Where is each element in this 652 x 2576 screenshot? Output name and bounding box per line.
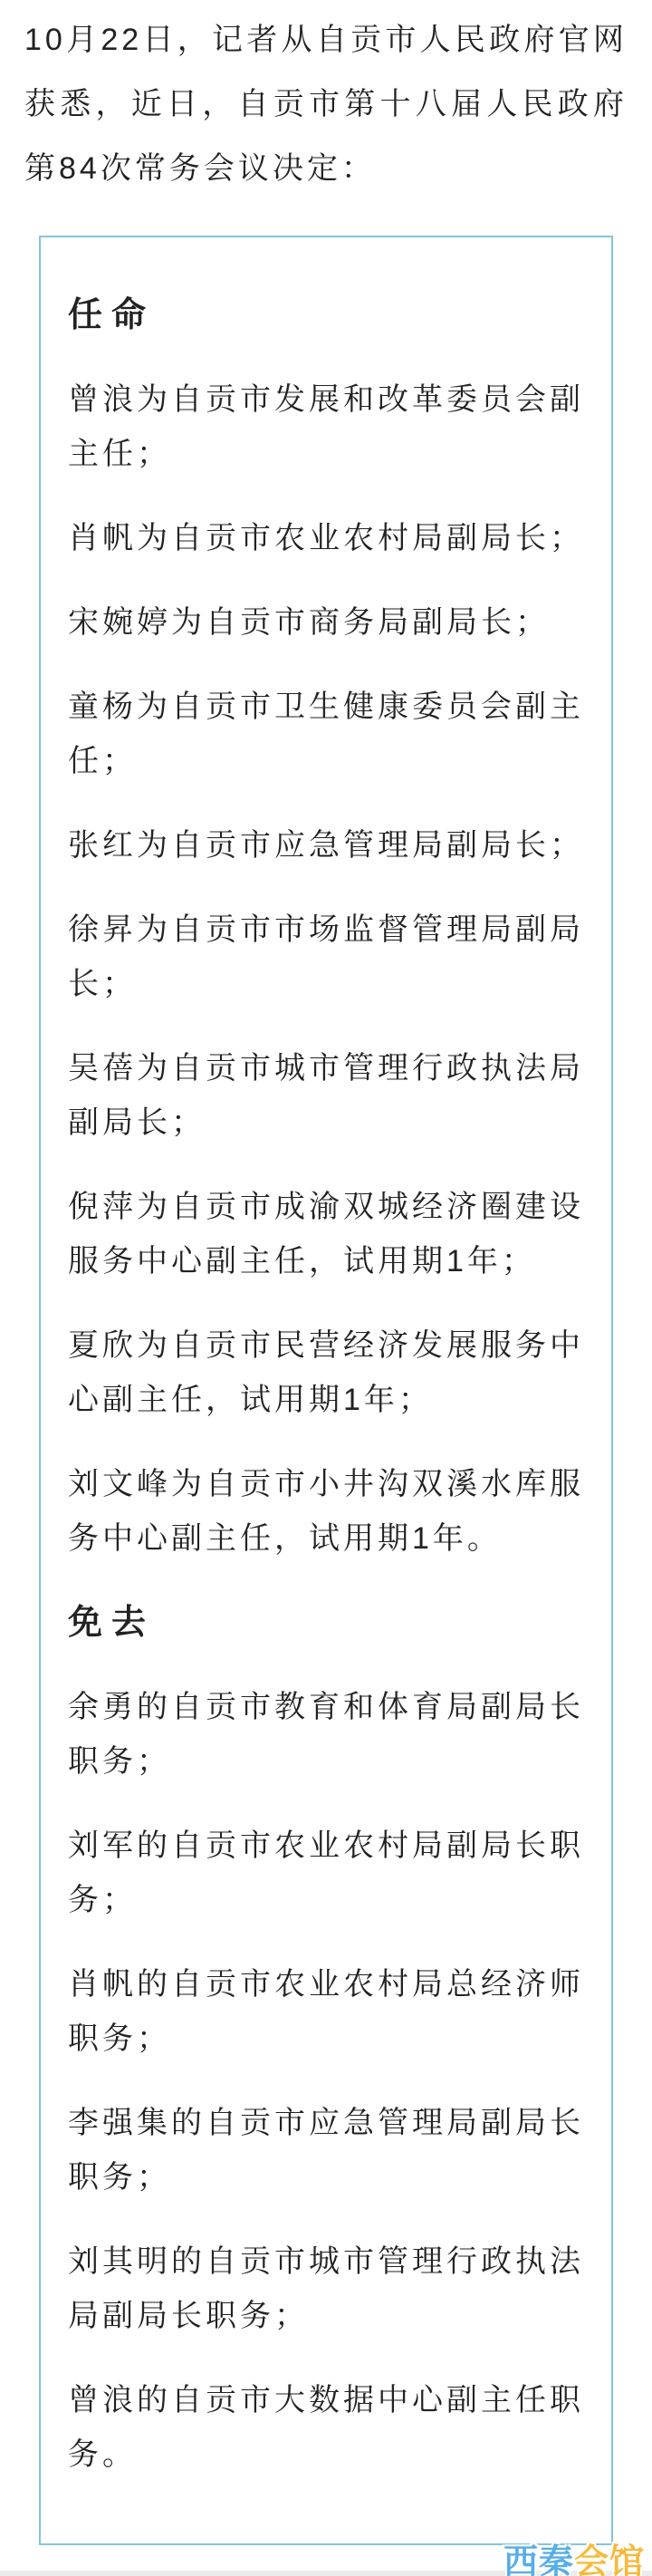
appointment-item: 曾浪为自贡市发展和改革委员会副主任； [68,372,584,481]
dismissal-item: 刘军的自贡市农业农村局副局长职务； [68,1819,584,1927]
appointment-item: 刘文峰为自贡市小井沟双溪水库服务中心副主任，试用期1年。 [68,1457,584,1566]
dismissal-item: 余勇的自贡市教育和体育局副局长职务； [68,1680,584,1789]
dismissal-item: 曾浪的自贡市大数据中心副主任职务。 [68,2373,584,2482]
appointment-item: 肖帆为自贡市农业农村局副局长； [68,511,584,565]
appointment-item: 童杨为自贡市卫生健康委员会副主任； [68,680,584,788]
appointment-item: 倪萍为自贡市成渝双城经济圈建设服务中心副主任，试用期1年； [68,1180,584,1288]
site-watermark: 西秦会馆 [503,2533,645,2576]
appointment-item: 张红为自贡市应急管理局副局长； [68,818,584,873]
appointment-item: 宋婉婷为自贡市商务局副局长； [68,595,584,650]
dismissal-item: 李强集的自贡市应急管理局副局长职务； [68,2096,584,2205]
appointment-item: 吴蓓为自贡市城市管理行政执法局副局长； [68,1041,584,1150]
notice-box: 任命 曾浪为自贡市发展和改革委员会副主任； 肖帆为自贡市农业农村局副局长； 宋婉… [39,236,613,2545]
watermark-text-blue: 西秦 [503,2543,574,2576]
dismissal-item: 肖帆的自贡市农业农村局总经济师职务； [68,1957,584,2066]
watermark-text-orange: 会馆 [574,2543,645,2576]
dismissal-item: 刘其明的自贡市城市管理行政执法局副局长职务； [68,2234,584,2343]
dismissals-heading: 免去 [68,1596,584,1650]
article-page: { "article": { "intro": "10月22日，记者从自贡市人民… [0,0,652,2576]
appointments-heading: 任命 [68,288,584,343]
appointment-item: 夏欣为自贡市民营经济发展服务中心副主任，试用期1年； [68,1318,584,1427]
appointment-item: 徐昇为自贡市市场监督管理局副局长； [68,902,584,1011]
intro-paragraph: 10月22日，记者从自贡市人民政府官网获悉，近日，自贡市第十八届人民政府第84次… [24,0,628,201]
